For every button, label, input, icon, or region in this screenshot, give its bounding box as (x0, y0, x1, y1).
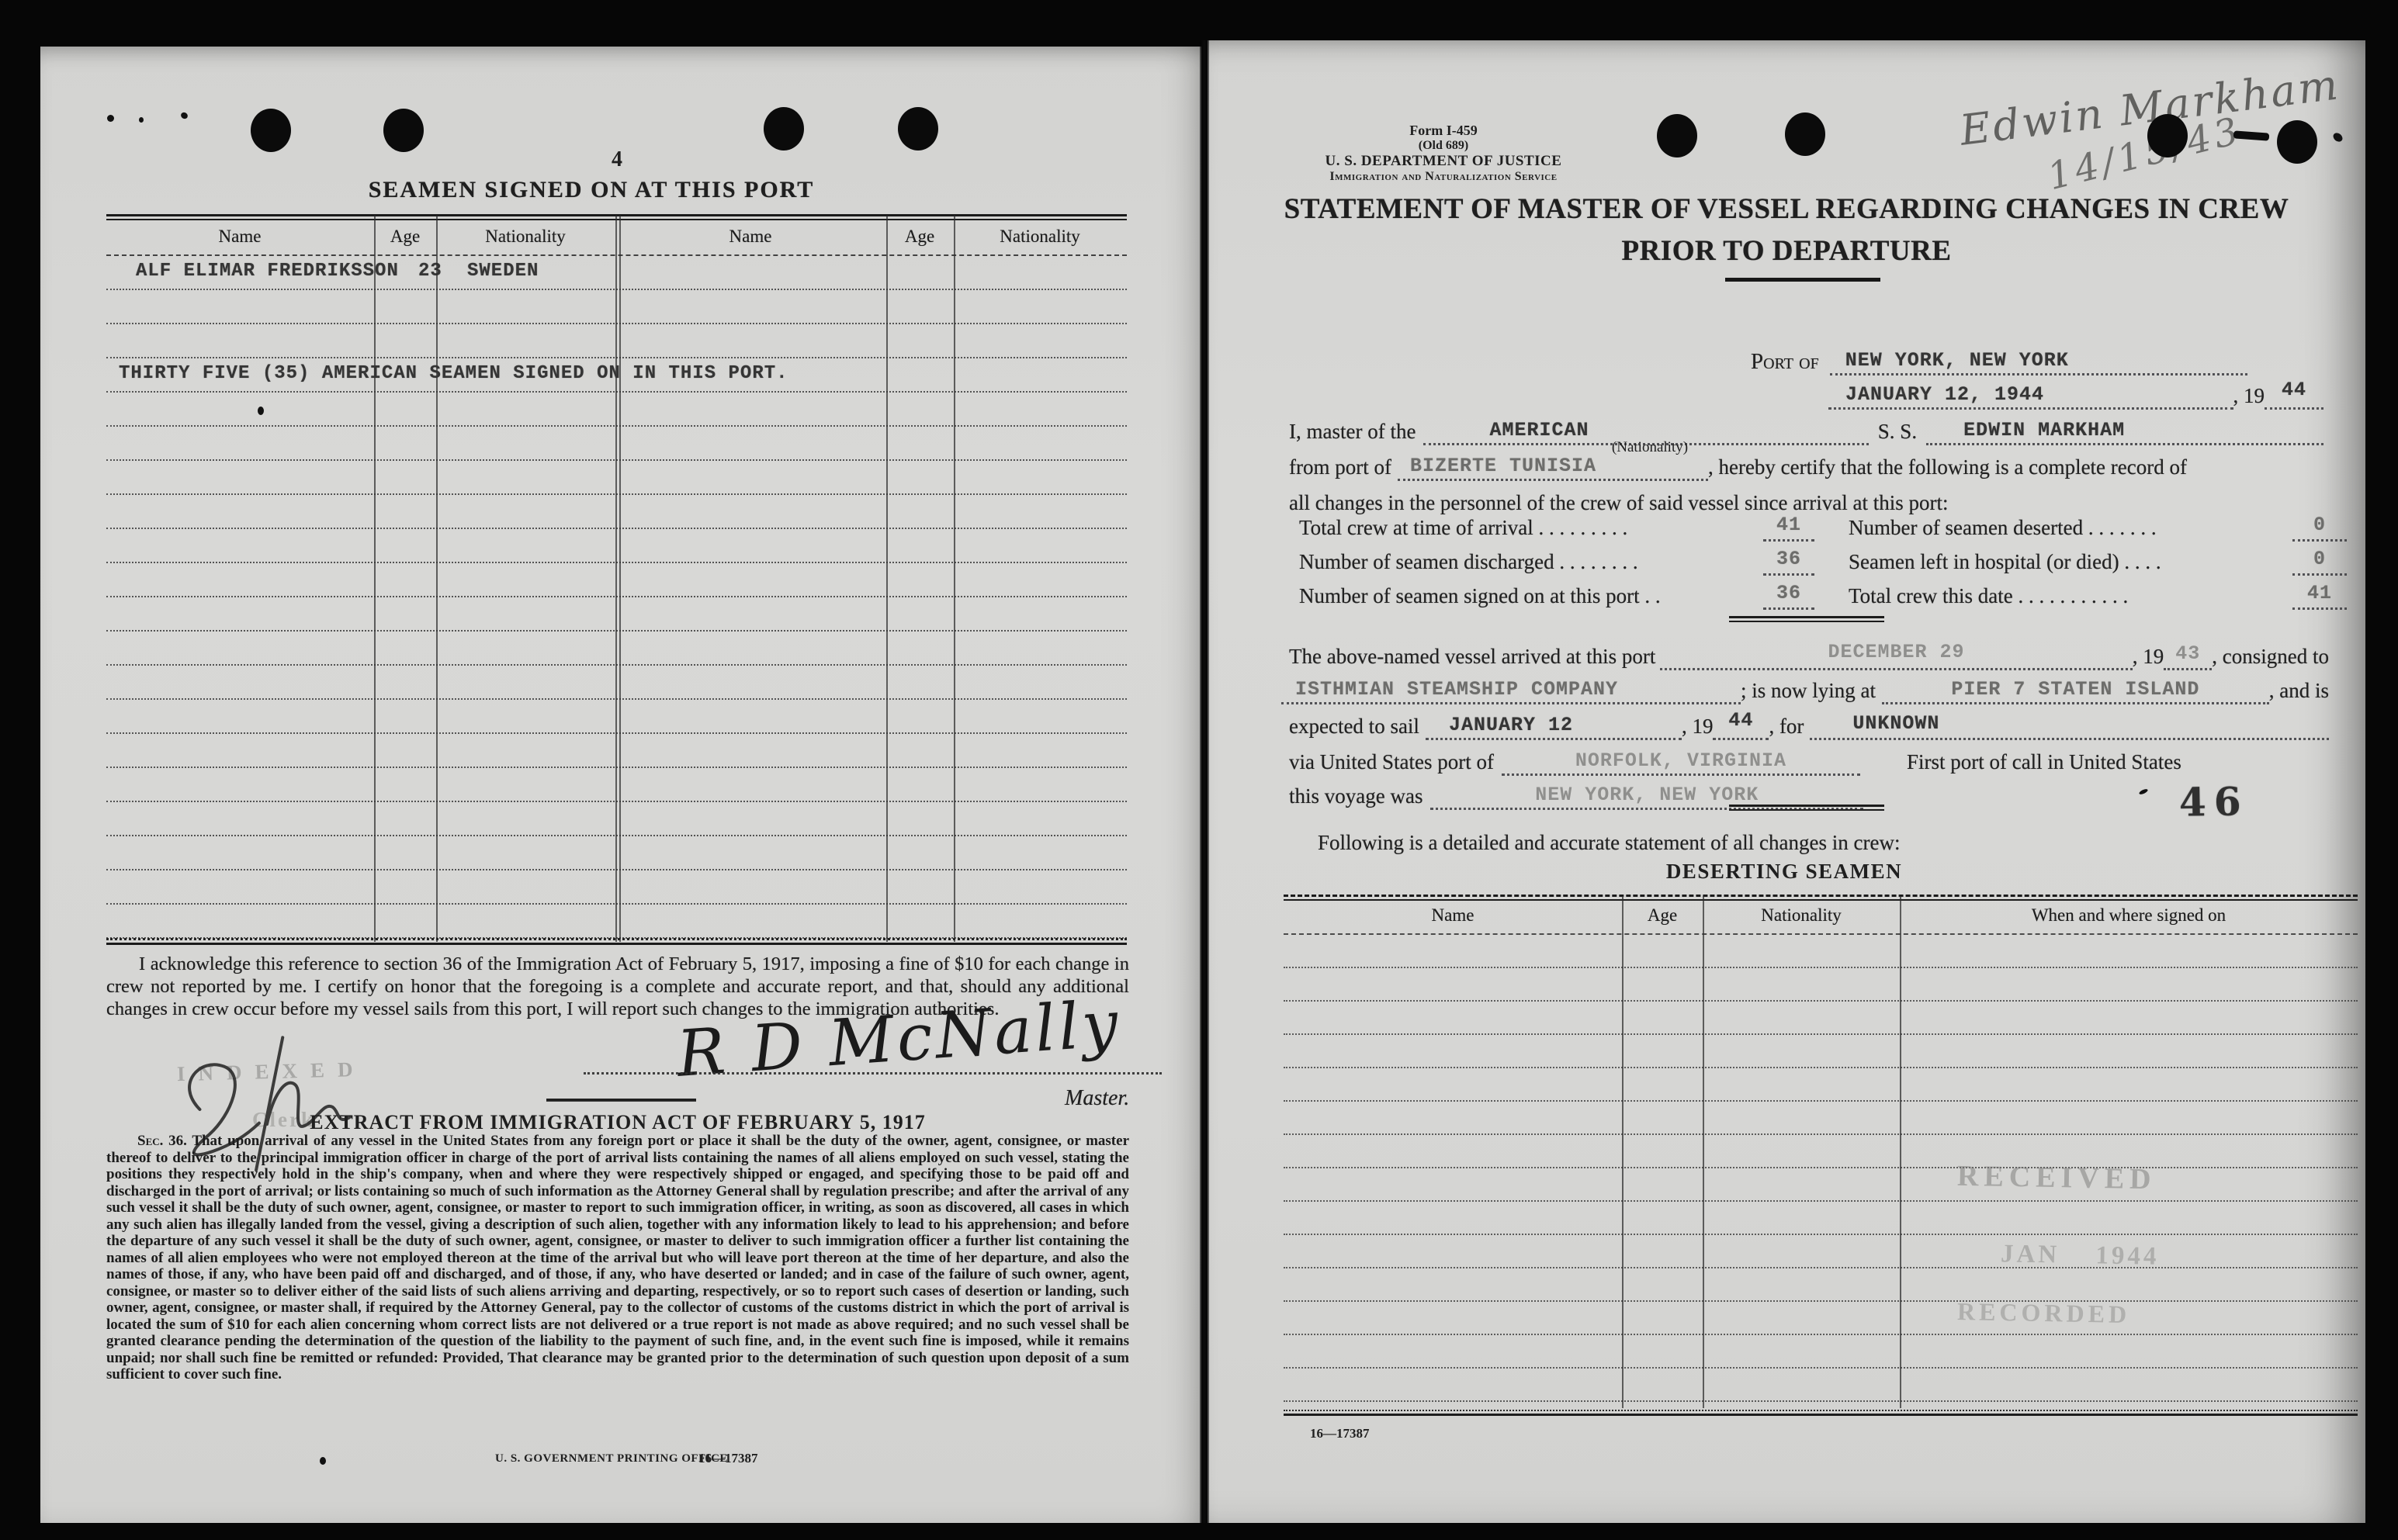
seamen-signed-on-table: Name Age Nationality Name Age Nationalit… (106, 214, 1127, 945)
lying-blank: PIER 7 STATEN ISLAND (1882, 675, 2269, 704)
column-line (1900, 896, 1901, 1408)
and-is-label: , and is (2269, 677, 2329, 704)
print-artifact-dot (320, 1457, 326, 1465)
date-19-label: , 19 (2233, 382, 2265, 410)
arrival-line-2: ISTHMIAN STEAMSHIP COMPANY ; is now lyin… (1281, 673, 2329, 704)
port-of-value: NEW YORK, NEW YORK (1845, 349, 2069, 372)
following-line: Following is a detailed and accurate sta… (1318, 829, 1900, 857)
table-row (1284, 1335, 2358, 1369)
arrival-line-3: expected to sail JANUARY 12 , 19 44 , fo… (1289, 709, 2329, 740)
stat-value-blank: 41 (1763, 515, 1814, 542)
stat-value-blank: 0 (2292, 515, 2347, 542)
port-of-blank: NEW YORK, NEW YORK (1830, 346, 2247, 375)
received-stamp-line3: RECORDED (1957, 1297, 2131, 1329)
form-old-number: (Old 689) (1280, 139, 1606, 153)
sail-date-blank: JANUARY 12 (1426, 711, 1682, 740)
column-line (615, 216, 617, 942)
voyage-label: this voyage was (1289, 782, 1423, 810)
column-line (954, 216, 955, 942)
stat-value: 0 (2313, 514, 2326, 536)
page-number: 4 (612, 147, 622, 172)
expected-label: expected to sail (1289, 712, 1419, 740)
arrival-port-blank: DECEMBER 29 (1660, 641, 2132, 670)
master-line: I, master of the AMERICAN S. S. EDWIN MA… (1289, 414, 2323, 445)
received-stamp-line2: JAN 1944 (2001, 1240, 2160, 1272)
table-row (1284, 1268, 2358, 1302)
via-blank: NORFOLK, VIRGINIA (1502, 746, 1860, 776)
table-row (1284, 1002, 2358, 1035)
left-page-scan: 4 SEAMEN SIGNED ON AT THIS PORT Name Age… (40, 47, 1201, 1523)
consigned-label: , consigned to (2212, 642, 2329, 670)
consignee-blank: ISTHMIAN STEAMSHIP COMPANY (1281, 675, 1741, 704)
section-rule (1729, 616, 1884, 622)
via-label: via United States port of (1289, 748, 1494, 776)
column-header-when-where: When and where signed on (2032, 905, 2226, 926)
column-header-name: Name (219, 227, 262, 247)
destination-typed: UNKNOWN (1852, 712, 1939, 735)
table-row (1284, 968, 2358, 1002)
arrival-19-label: , 19 (2133, 642, 2164, 670)
department-label: U. S. DEPARTMENT OF JUSTICE (1280, 153, 1606, 170)
from-port-label: from port of (1289, 453, 1391, 481)
column-line (1622, 896, 1624, 1408)
column-header-name: Name (729, 227, 772, 247)
nationality-typed: AMERICAN (1489, 419, 1589, 441)
table-bottom-rule (106, 938, 1127, 945)
column-line (619, 216, 621, 942)
section-rule (1729, 805, 1884, 811)
extract-section-label: Sec. 36. (106, 1133, 187, 1149)
deserting-seamen-title: DESERTING SEAMEN (1284, 860, 2285, 884)
column-header-age: Age (1648, 905, 1677, 926)
date-year-blank: 44 (2265, 380, 2323, 410)
deserting-seamen-table: Name Age Nationality When and where sign… (1284, 895, 2358, 1416)
column-line (374, 216, 376, 942)
for-label: , for (1769, 712, 1804, 740)
form-code-footer: 16—17387 (1310, 1426, 1370, 1441)
extract-body-text: That upon arrival of any vessel in the U… (106, 1133, 1129, 1383)
table-body (1284, 935, 2358, 1402)
stat-value: 36 (1776, 548, 1801, 570)
table-row (1284, 1369, 2358, 1402)
table-row (1284, 1135, 2358, 1168)
consignee-typed: ISTHMIAN STEAMSHIP COMPANY (1295, 678, 1618, 701)
via-typed: NORFOLK, VIRGINIA (1575, 749, 1786, 772)
stat-label: Number of seamen deserted . . . . . . . (1849, 514, 2292, 542)
printing-office-code: 16—17387 (698, 1451, 758, 1466)
stat-value-blank: 36 (1763, 583, 1814, 610)
stat-value-blank: 0 (2292, 549, 2347, 576)
punch-hole (2147, 114, 2188, 157)
scan-artifact-dot (139, 117, 144, 123)
service-label: Immigration and Naturalization Service (1280, 170, 1606, 184)
column-header-nationality: Nationality (1000, 227, 1079, 247)
form-title-line2: PRIOR TO DEPARTURE (1208, 234, 2365, 268)
table-row (1284, 1035, 2358, 1068)
table-row (1284, 1168, 2358, 1202)
port-of-line: Port of NEW YORK, NEW YORK (1751, 344, 2247, 375)
column-header-nationality: Nationality (485, 227, 565, 247)
date-blank: JANUARY 12, 1944 (1828, 380, 2233, 410)
lying-typed: PIER 7 STATEN ISLAND (1951, 678, 2199, 701)
stat-value-blank: 36 (1763, 549, 1814, 576)
column-header-age: Age (390, 227, 420, 247)
punch-hole (251, 109, 291, 152)
punch-hole (2277, 120, 2317, 164)
seaman-nationality: SWEDEN (467, 261, 539, 282)
punch-hole (383, 109, 424, 152)
punch-hole (764, 107, 804, 151)
port-of-label: Port of (1751, 348, 1819, 375)
stat-label: Total crew at time of arrival . . . . . … (1299, 514, 1763, 542)
printing-office-label: U. S. GOVERNMENT PRINTING OFFICE (495, 1452, 728, 1466)
table-row (1284, 935, 2358, 968)
destination-blank: UNKNOWN (1810, 711, 2329, 740)
scanned-document-canvas: 4 SEAMEN SIGNED ON AT THIS PORT Name Age… (0, 0, 2398, 1540)
scan-artifact-dot (2139, 788, 2149, 796)
column-header-age: Age (905, 227, 934, 247)
stat-label: Number of seamen discharged . . . . . . … (1299, 548, 1763, 576)
date-line: JANUARY 12, 1944 , 19 44 (1828, 379, 2323, 410)
date-typed-value: JANUARY 12, 1944 (1845, 383, 2044, 406)
arrival-year-typed: 43 (2175, 642, 2200, 665)
scan-artifact-dot (258, 407, 264, 415)
seaman-name: ALF ELIMAR FREDRIKSSON (136, 261, 399, 282)
form-title-line1: STATEMENT OF MASTER OF VESSEL REGARDING … (1208, 192, 2365, 226)
table-row (1284, 1235, 2358, 1268)
right-page-form: Form I-459 (Old 689) U. S. DEPARTMENT OF… (1208, 40, 2365, 1523)
sail-year-typed: 44 (1728, 709, 1753, 732)
stats-row: Number of seamen signed on at this port … (1299, 582, 2355, 610)
title-underline (1725, 278, 1880, 282)
column-line (886, 216, 888, 942)
punch-hole (898, 107, 938, 151)
stat-value: 41 (2307, 582, 2332, 604)
stat-value: 0 (2313, 548, 2326, 570)
arrival-line-4: via United States port of NORFOLK, VIRGI… (1289, 745, 2329, 776)
arrival-line-1: The above-named vessel arrived at this p… (1289, 639, 2329, 670)
certify-suffix: , hereby certify that the following is a… (1708, 453, 2187, 481)
received-stamp-line1: RECEIVED (1957, 1159, 2157, 1196)
column-header-nationality: Nationality (1761, 905, 1841, 926)
vessel-blank: EDWIN MARKHAM (1926, 416, 2323, 445)
page-number-stamp: 46 (2178, 778, 2249, 825)
sail-date-typed: JANUARY 12 (1449, 714, 1573, 736)
changes-line: all changes in the personnel of the crew… (1289, 489, 1948, 517)
voyage-typed: NEW YORK, NEW YORK (1535, 784, 1759, 806)
date-year-typed: 44 (2282, 379, 2306, 401)
from-port-blank: BIZERTE TUNISIA (1398, 452, 1708, 481)
from-port-line: from port of BIZERTE TUNISIA , hereby ce… (1289, 450, 2323, 481)
column-header-name: Name (1432, 905, 1474, 926)
extract-paragraph: Sec. 36. That upon arrival of any vessel… (106, 1133, 1129, 1383)
stat-label: Total crew this date . . . . . . . . . .… (1849, 582, 2292, 610)
first-port-label: First port of call in United States (1907, 748, 2181, 776)
table-row (1284, 1068, 2358, 1102)
stat-value-blank: 41 (2292, 583, 2347, 610)
scan-artifact-dot (180, 111, 189, 120)
master-role-label: Master. (1065, 1086, 1129, 1111)
table-top-rule (1284, 895, 2358, 901)
stat-value: 36 (1776, 582, 1801, 604)
ss-label: S. S. (1878, 417, 1917, 445)
punch-hole (1657, 114, 1697, 157)
signature-line (584, 1072, 1162, 1075)
column-line (1703, 896, 1704, 1408)
crew-summary-note: THIRTY FIVE (35) AMERICAN SEAMEN SIGNED … (119, 363, 788, 384)
stat-label: Seamen left in hospital (or died) . . . … (1849, 548, 2292, 576)
sail-year-blank: 44 (1713, 711, 1769, 740)
scan-artifact-dot (2331, 131, 2344, 144)
form-number: Form I-459 (1280, 123, 1606, 139)
stats-row: Total crew at time of arrival . . . . . … (1299, 514, 2355, 542)
sail-19-label: , 19 (1682, 712, 1714, 740)
table-row (1284, 1302, 2358, 1335)
table-row (1284, 1202, 2358, 1235)
stat-value: 41 (1776, 514, 1801, 536)
extract-heading: EXTRACT FROM IMMIGRATION ACT OF FEBRUARY… (106, 1111, 1129, 1134)
seaman-age: 23 (418, 261, 442, 282)
arrival-port-typed: DECEMBER 29 (1828, 641, 1965, 663)
table-row (1284, 1102, 2358, 1135)
vessel-typed: EDWIN MARKHAM (1963, 419, 2125, 441)
from-port-typed: BIZERTE TUNISIA (1410, 455, 1596, 477)
column-line (436, 216, 438, 942)
arrival-year-blank: 43 (2164, 641, 2212, 670)
short-rule (546, 1099, 696, 1102)
form-header-block: Form I-459 (Old 689) U. S. DEPARTMENT OF… (1280, 123, 1606, 184)
master-prefix: I, master of the (1289, 417, 1416, 445)
lying-label: ; is now lying at (1741, 677, 1876, 704)
stat-label: Number of seamen signed on at this port … (1299, 582, 1763, 610)
stats-row: Number of seamen discharged . . . . . . … (1299, 548, 2355, 576)
left-page-title: SEAMEN SIGNED ON AT THIS PORT (40, 177, 1142, 203)
scan-artifact-dot (107, 115, 114, 122)
page-seam (1200, 40, 1209, 1523)
arrival-prefix: The above-named vessel arrived at this p… (1289, 642, 1655, 670)
table-bottom-rule (1284, 1410, 2358, 1416)
punch-hole (1785, 112, 1825, 156)
